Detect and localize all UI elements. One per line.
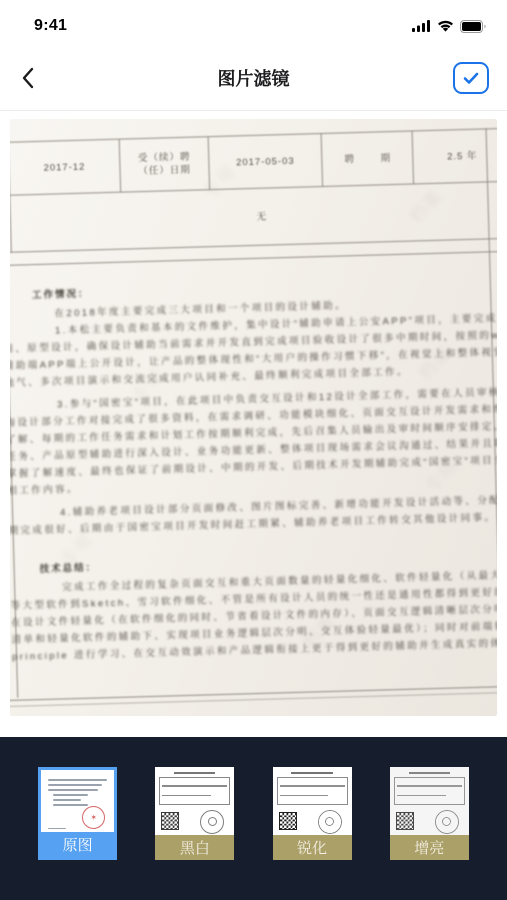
- filter-label: 增亮: [390, 835, 469, 860]
- filter-original-thumbnail: ✶: [41, 770, 114, 832]
- filter-brighten[interactable]: 增亮: [390, 767, 469, 860]
- status-time: 9:41: [34, 17, 67, 35]
- preview-area: 专用 档案 专用 档案 专用 档案 专用 时 间 2017-12 受（续）聘 （…: [0, 111, 507, 738]
- round-seal-icon: [435, 810, 459, 834]
- chevron-left-icon: [21, 67, 35, 89]
- filter-blackwhite-thumbnail: [155, 767, 234, 835]
- wifi-icon: [437, 20, 454, 32]
- qr-code-icon: [396, 812, 414, 830]
- page-title: 图片滤镜: [0, 65, 507, 91]
- status-icons: [412, 20, 487, 33]
- battery-icon: [460, 20, 487, 33]
- document-table: 时 间 2017-12 受（续）聘 （任）日期 2017-05-03 聘 期 2…: [10, 128, 497, 254]
- filter-sharpen[interactable]: 锐化: [273, 767, 352, 860]
- filter-sharpen-thumbnail: [273, 767, 352, 835]
- round-seal-icon: [318, 810, 342, 834]
- table-cell-value: 2017-12: [10, 140, 121, 195]
- table-cell-value: 2.5 年: [412, 129, 497, 184]
- status-bar: 9:41: [0, 0, 507, 46]
- filter-bar: ✶ 原图 黑白 锐化: [0, 737, 507, 900]
- header: 图片滤镜: [0, 46, 507, 111]
- table-cell-label: 受（续）聘 （任）日期: [119, 137, 210, 191]
- back-button[interactable]: [6, 56, 50, 100]
- qr-code-icon: [279, 812, 297, 830]
- filter-label: 原图: [41, 832, 114, 857]
- round-seal-icon: [200, 810, 224, 834]
- red-seal-icon: ✶: [82, 806, 105, 829]
- table-cell-label: 聘 期: [321, 131, 414, 186]
- qr-code-icon: [161, 812, 179, 830]
- confirm-button[interactable]: [453, 62, 489, 94]
- filter-label: 锐化: [273, 835, 352, 860]
- document-photo: 专用 档案 专用 档案 专用 档案 专用 时 间 2017-12 受（续）聘 （…: [10, 119, 497, 716]
- filter-blackwhite[interactable]: 黑白: [155, 767, 234, 860]
- doc-body: 工作情况：在2018年度主要完成三大项目和一个项目的设计辅助。1.本松主要负责和…: [10, 252, 497, 666]
- filter-original[interactable]: ✶ 原图: [38, 767, 117, 860]
- filter-label: 黑白: [155, 835, 234, 860]
- filter-brighten-thumbnail: [390, 767, 469, 835]
- cellular-signal-icon: [412, 20, 431, 32]
- checkmark-icon: [463, 72, 479, 85]
- table-cell-value: 2017-05-03: [208, 134, 323, 189]
- document-paper: 专用 档案 专用 档案 专用 档案 专用 时 间 2017-12 受（续）聘 （…: [10, 119, 497, 716]
